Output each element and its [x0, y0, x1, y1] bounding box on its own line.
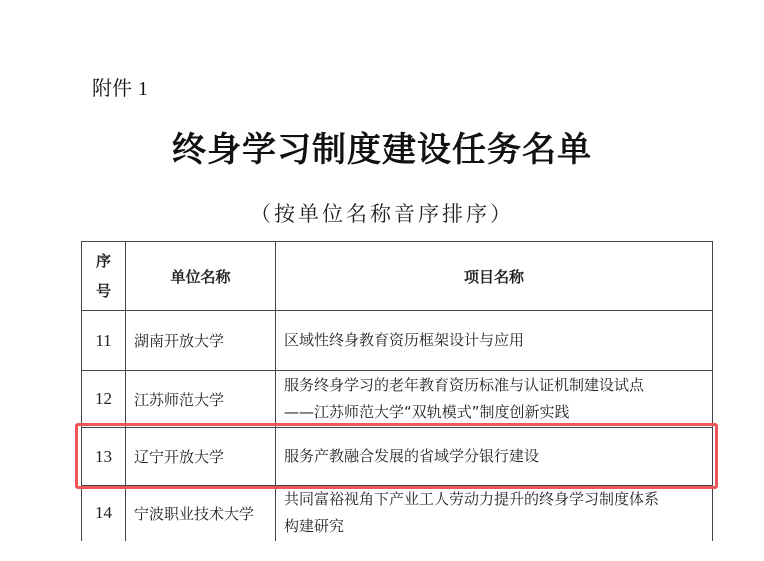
attachment-number: 1 — [138, 78, 148, 100]
task-list-table: 序 号 单位名称 项目名称 11 湖南开放大学 区域性终身教育资历框架设计与应用… — [81, 241, 713, 541]
row-unit: 湖南开放大学 — [126, 311, 276, 371]
row-project: 共同富裕视角下产业工人劳动力提升的终身学习制度体系 构建研究 — [276, 486, 713, 541]
column-header-project: 项目名称 — [276, 242, 713, 311]
row-project: 区域性终身教育资历框架设计与应用 — [276, 311, 713, 371]
table-row-highlighted: 13 辽宁开放大学 服务产教融合发展的省域学分银行建设 — [82, 428, 713, 486]
row-unit: 辽宁开放大学 — [126, 428, 276, 486]
row-seq: 13 — [82, 428, 126, 486]
project-line: 区域性终身教育资历框架设计与应用 — [284, 327, 704, 354]
project-line: ——江苏师范大学“双轨模式”制度创新实践 — [284, 399, 704, 426]
table-header-row: 序 号 单位名称 项目名称 — [82, 242, 713, 311]
table-row: 11 湖南开放大学 区域性终身教育资历框架设计与应用 — [82, 311, 713, 371]
attachment-text: 附件 — [92, 76, 132, 100]
seq-header-line1: 序 — [90, 246, 117, 276]
row-project: 服务产教融合发展的省域学分银行建设 — [276, 428, 713, 486]
document-title: 终身学习制度建设任务名单 — [0, 122, 764, 171]
row-unit: 江苏师范大学 — [126, 371, 276, 428]
project-line: 服务终身学习的老年教育资历标准与认证机制建设试点 — [284, 372, 704, 399]
table-row: 14 宁波职业技术大学 共同富裕视角下产业工人劳动力提升的终身学习制度体系 构建… — [82, 486, 713, 541]
seq-header-line2: 号 — [90, 276, 117, 306]
document-subtitle: （按单位名称音序排序） — [0, 198, 764, 228]
row-seq: 12 — [82, 371, 126, 428]
column-header-unit: 单位名称 — [126, 242, 276, 311]
row-project: 服务终身学习的老年教育资历标准与认证机制建设试点 ——江苏师范大学“双轨模式”制… — [276, 371, 713, 428]
project-line: 构建研究 — [284, 513, 704, 540]
table-row: 12 江苏师范大学 服务终身学习的老年教育资历标准与认证机制建设试点 ——江苏师… — [82, 371, 713, 428]
row-seq: 11 — [82, 311, 126, 371]
row-seq: 14 — [82, 486, 126, 541]
project-line: 共同富裕视角下产业工人劳动力提升的终身学习制度体系 — [284, 486, 704, 513]
row-unit: 宁波职业技术大学 — [126, 486, 276, 541]
column-header-seq: 序 号 — [82, 242, 126, 311]
project-line: 服务产教融合发展的省域学分银行建设 — [284, 443, 704, 470]
attachment-label: 附件1 — [92, 72, 148, 101]
